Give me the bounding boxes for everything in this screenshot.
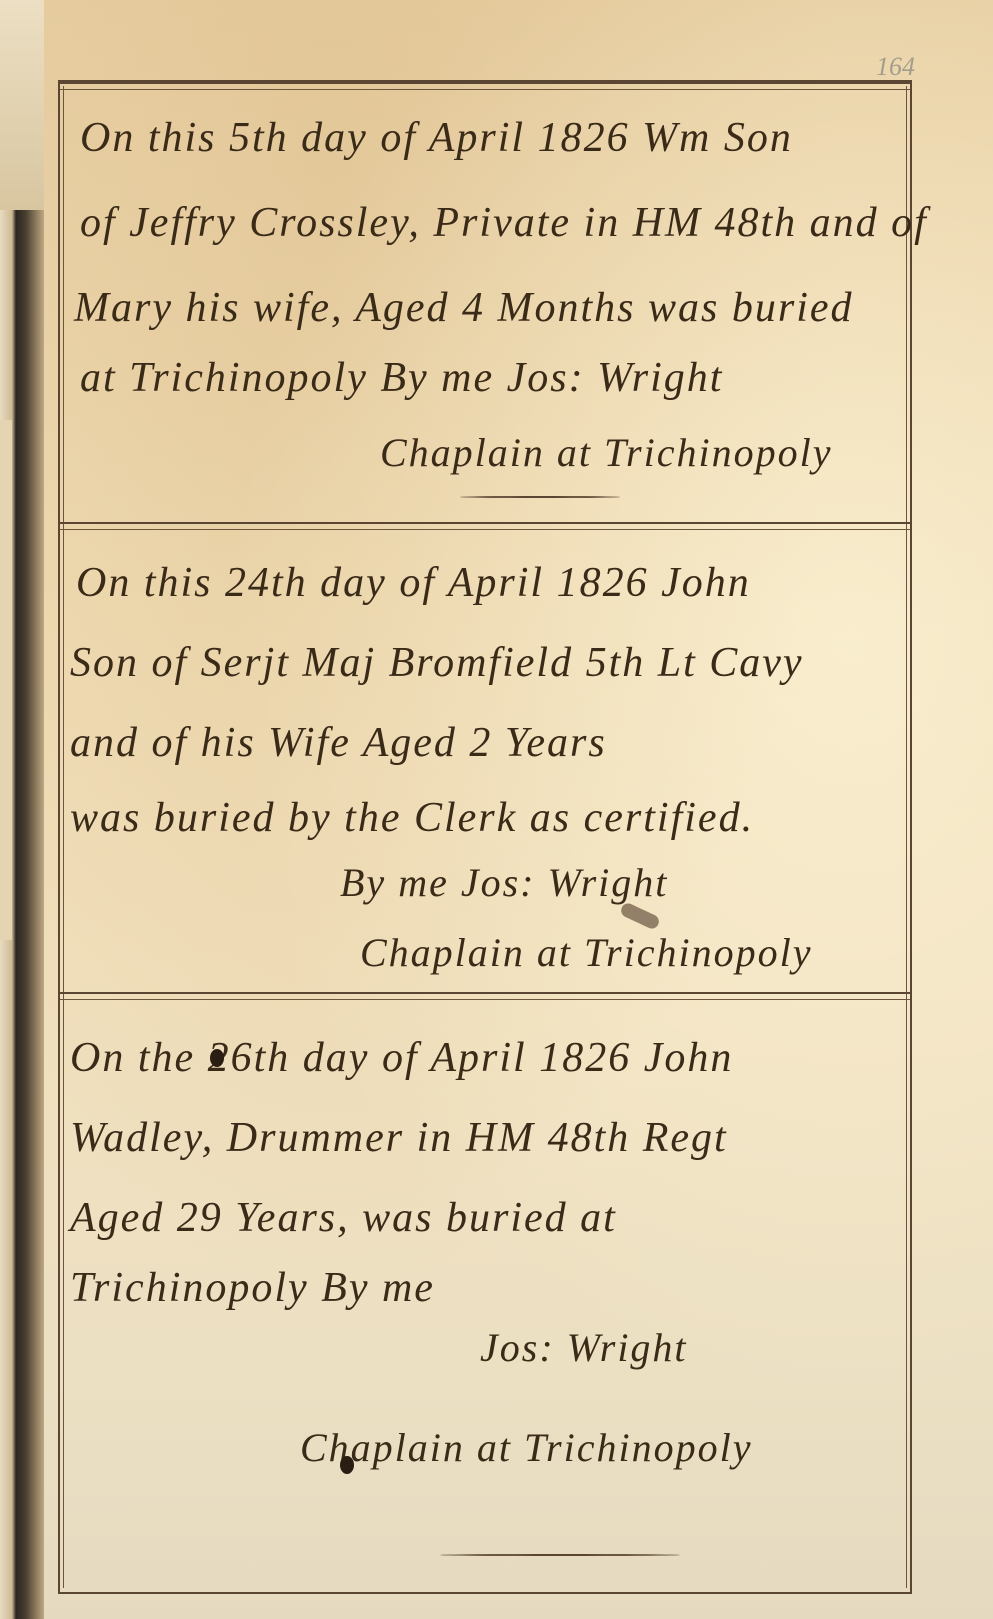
ink-blot [340, 1456, 354, 1474]
ink-blot [210, 1049, 224, 1067]
burial-entry-2: On this 24th day of April 1826 John Son … [60, 522, 910, 994]
entry-line: On the 26th day of April 1826 John [70, 1034, 733, 1082]
entry-line: Wadley, Drummer in HM 48th Regt [70, 1114, 728, 1162]
entry-line: was buried by the Clerk as certified. [70, 794, 754, 842]
entry-line: Trichinopoly By me [70, 1264, 435, 1312]
register-page: 164 On this 5th day of April 1826 Wm Son… [44, 0, 993, 1619]
page-number: 164 [876, 52, 915, 82]
entry-line: On this 5th day of April 1826 Wm Son [80, 114, 793, 162]
flourish [460, 496, 620, 498]
signature: Jos: Wright [480, 1324, 688, 1371]
signature: By me Jos: Wright [340, 859, 668, 906]
burial-entry-1: On this 5th day of April 1826 Wm Son of … [60, 82, 910, 524]
register-frame: On this 5th day of April 1826 Wm Son of … [58, 80, 912, 1594]
chaplain-title: Chaplain at Trichinopoly [300, 1424, 752, 1471]
flourish [440, 1554, 680, 1556]
entry-line: On this 24th day of April 1826 John [76, 559, 751, 607]
torn-leaf [0, 0, 48, 210]
entry-line: Aged 29 Years, was buried at [70, 1194, 617, 1242]
page-edge [0, 420, 12, 940]
entry-line: at Trichinopoly By me Jos: Wright [80, 354, 723, 402]
entry-line: and of his Wife Aged 2 Years [70, 719, 607, 767]
chaplain-title: Chaplain at Trichinopoly [380, 429, 832, 476]
entry-line: of Jeffry Crossley, Private in HM 48th a… [80, 199, 928, 247]
entry-line: Son of Serjt Maj Bromfield 5th Lt Cavy [70, 639, 804, 687]
burial-entry-3: On the 26th day of April 1826 John Wadle… [60, 992, 910, 1594]
chaplain-title: Chaplain at Trichinopoly [360, 929, 812, 976]
entry-line: Mary his wife, Aged 4 Months was buried [74, 284, 854, 332]
